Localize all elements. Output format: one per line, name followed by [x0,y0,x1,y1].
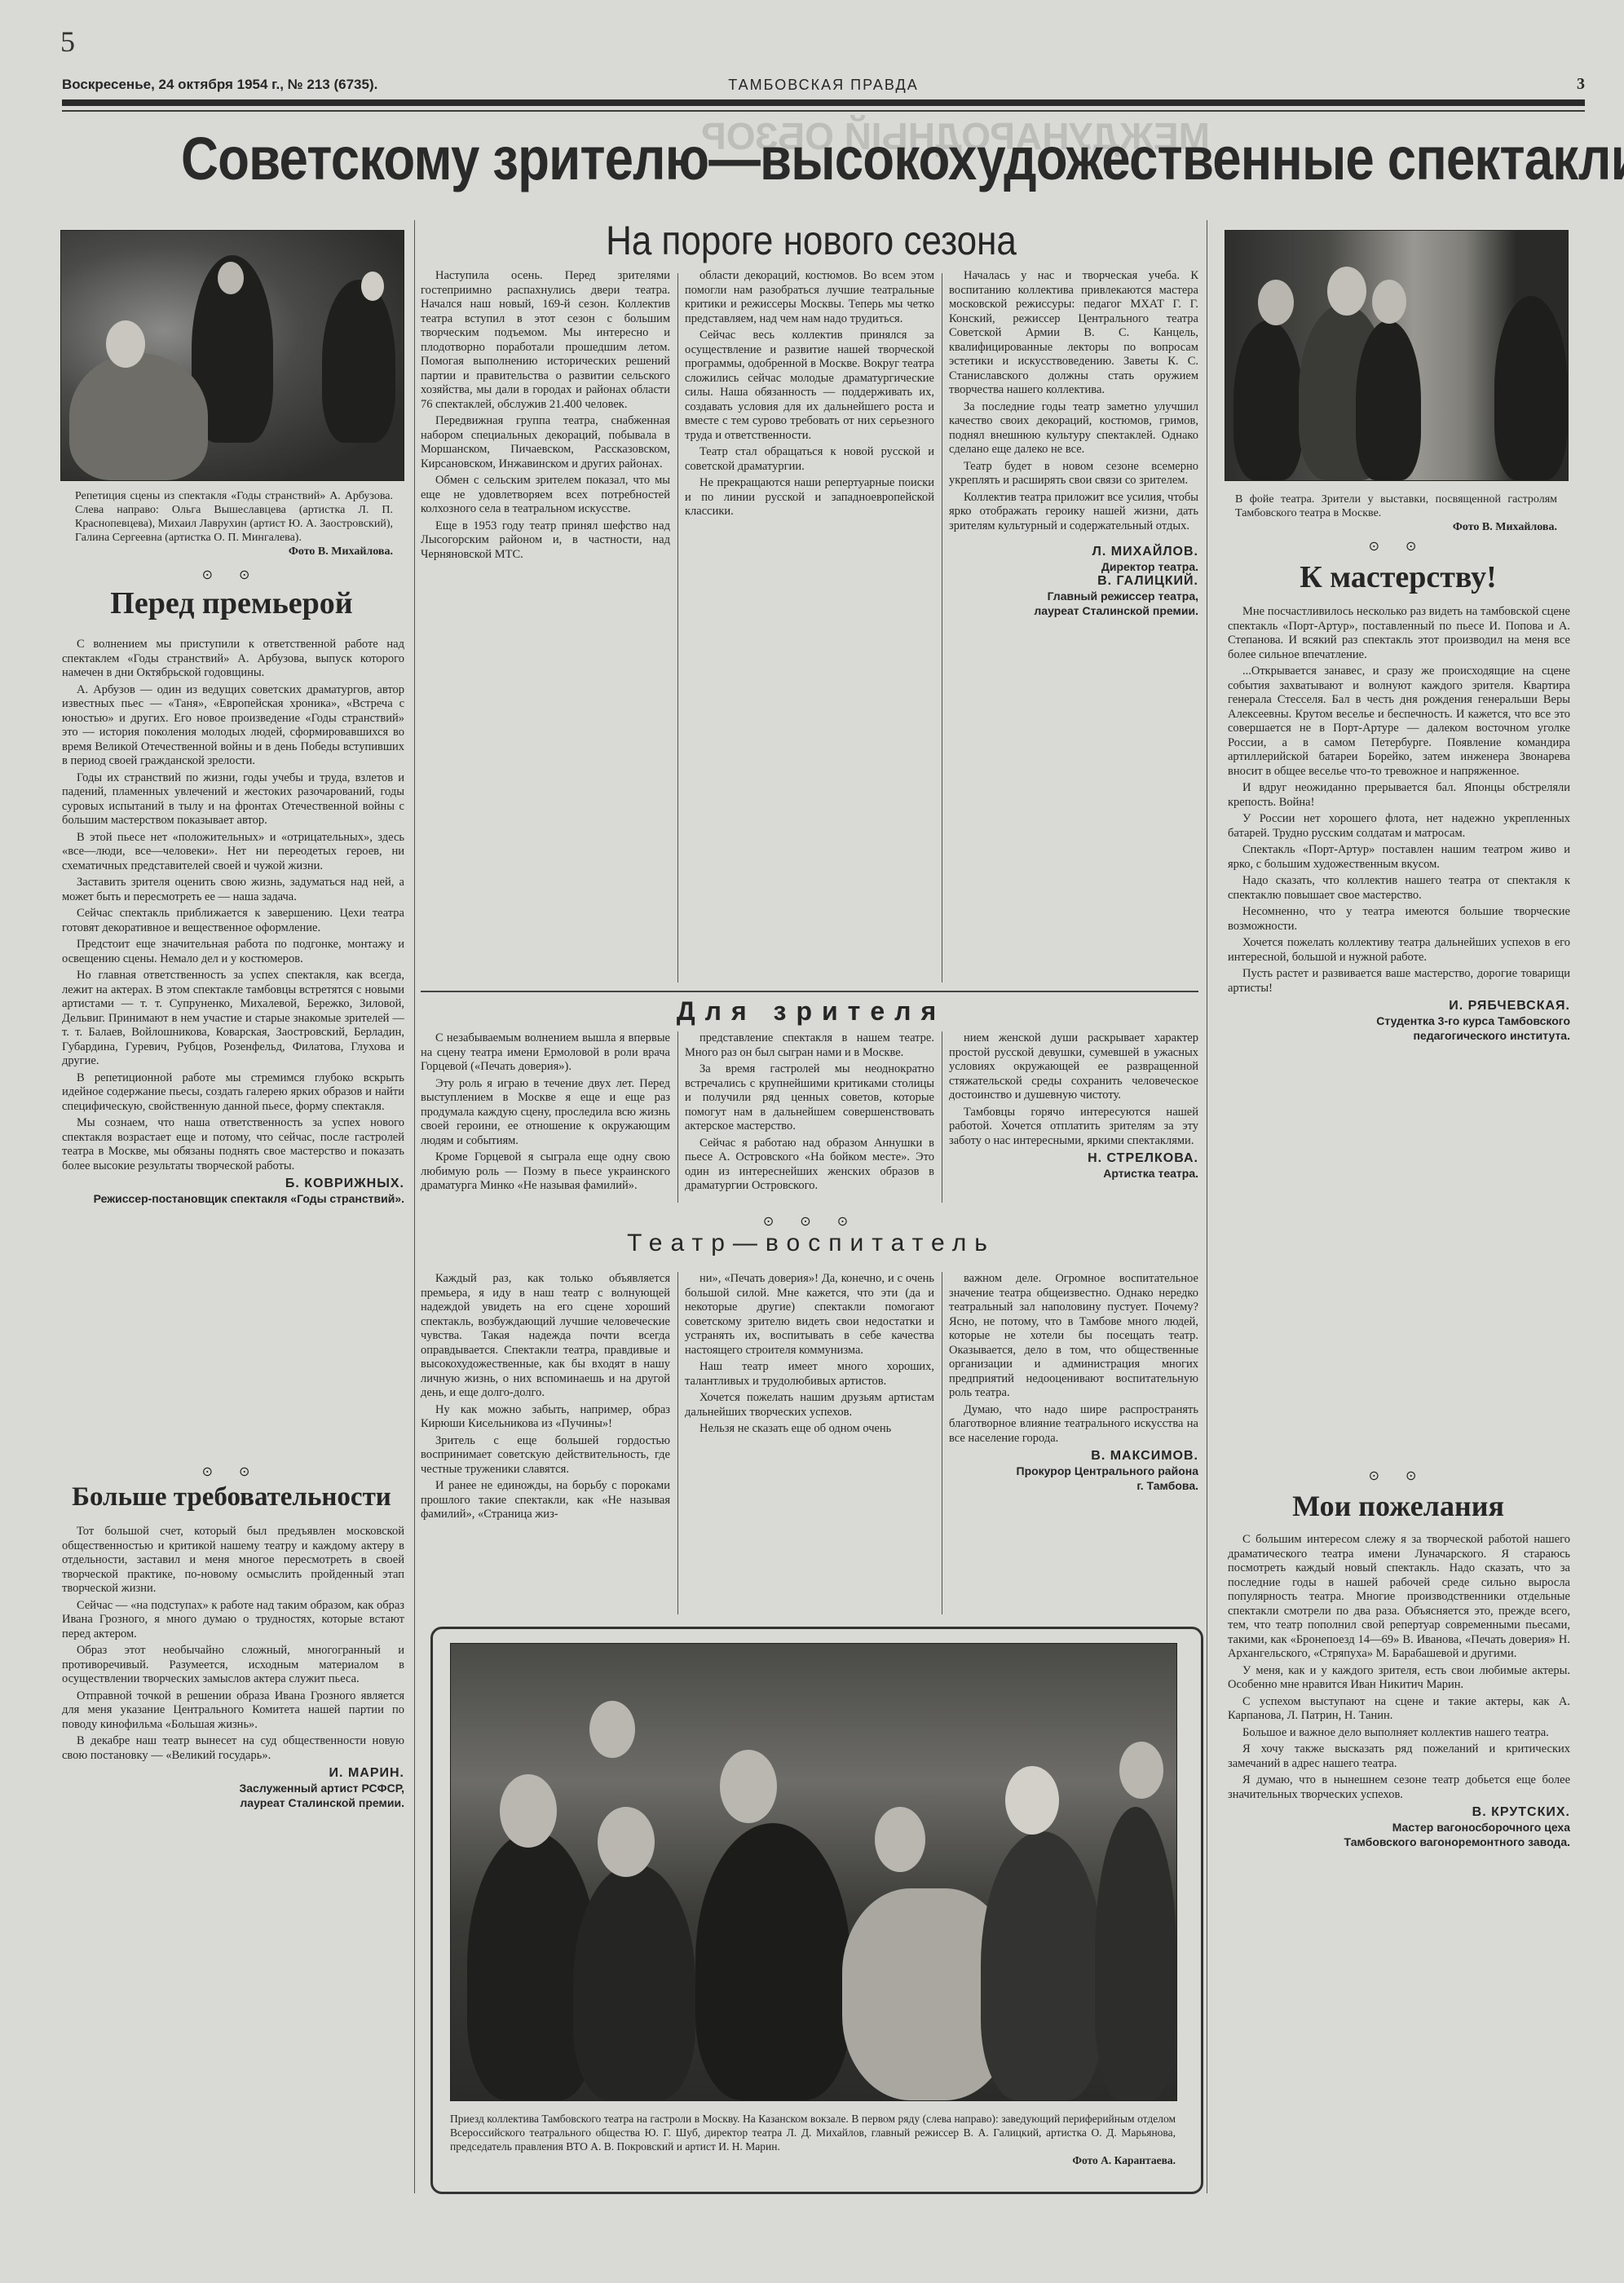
section-rule [421,991,1198,992]
column-divider [677,1272,678,1614]
article-viewer-col-3: нием женской души раскрывает характер пр… [949,1031,1198,1211]
ornament-divider: ⊙ ⊙ [60,1464,403,1480]
ornament-divider: ⊙ ⊙ [60,567,403,583]
article-viewer-col-2: представление спектакля в нашем театре. … [685,1031,934,1203]
article-title-before-premiere: Перед премьерой [60,585,403,621]
masthead-rule-thin [62,110,1585,112]
main-headline: Советскому зрителю—высокохудожественные … [181,124,1443,205]
article-more-demands: Тот большой счет, который был предъявлен… [62,1525,404,2193]
article-my-wishes: С большим интересом слежу я за творческо… [1228,1533,1570,2201]
column-divider [942,1272,942,1614]
column-divider [414,220,415,2193]
station-arrival-caption: Приезд коллектива Тамбовского театра на … [450,2112,1176,2167]
photo-credit: Фото В. Михайлова. [75,545,393,559]
column-divider [942,1031,942,1203]
column-divider [677,273,678,983]
newspaper-name: ТАМБОВСКАЯ ПРАВДА [62,77,1585,94]
article-new-season-col-3: Началась у нас и творческая учеба. К вос… [949,269,1198,987]
article-to-mastery: Мне посчастливилось несколько раз видеть… [1228,605,1570,1445]
photo-credit: Фото В. Михайлова. [1235,520,1557,534]
article-title-to-mastery: К мастерству! [1223,559,1573,595]
article-new-season-col-2: области декораций, костюмов. Во всем это… [685,269,934,987]
page-number-mark: 5 [60,24,75,59]
foyer-exhibition-photo [1225,230,1569,481]
ornament-divider: ⊙ ⊙ ⊙ [416,1213,1207,1230]
rehearsal-photo-caption: Репетиция сцены из спектакля «Годы стран… [75,489,393,559]
article-new-season-col-1: Наступила осень. Перед зрителями гостепр… [421,269,670,987]
article-title-my-wishes: Мои пожелания [1223,1489,1573,1523]
column-divider [677,1031,678,1203]
article-educator-col-3: важном деле. Огромное воспитательное зна… [949,1272,1198,1623]
station-arrival-photo [450,1643,1177,2101]
article-title-theatre-educator: Театр—воспитатель [416,1230,1207,1257]
author-name: Б. КОВРИЖНЫХ. [62,1177,404,1191]
ornament-divider: ⊙ ⊙ [1223,1468,1573,1484]
photo-credit: Фото А. Карантаева. [450,2153,1176,2167]
column-divider [1207,220,1207,2193]
rehearsal-photo [60,230,404,481]
article-before-premiere: С волнением мы приступили к ответственно… [62,638,404,1388]
author-title: Режиссер-постановщик спектакля «Годы стр… [62,1191,404,1206]
article-educator-col-2: ни», «Печать доверия»! Да, конечно, и с … [685,1272,934,1614]
article-educator-col-1: Каждый раз, как только объявляется премь… [421,1272,670,1614]
article-title-more-demands: Больше требовательности [60,1482,403,1512]
article-title-new-season: На пороге нового сезона [463,217,1159,264]
author-name: И. МАРИН. [62,1766,404,1781]
article-title-for-the-viewer: Для зрителя [416,996,1207,1027]
page-number: 3 [1577,75,1585,94]
article-viewer-col-1: С незабываемым волнением вышла я впервые… [421,1031,670,1203]
column-divider [942,273,942,983]
masthead: Воскресенье, 24 октября 1954 г., № 213 (… [62,75,1585,96]
ornament-divider: ⊙ ⊙ [1223,538,1573,554]
masthead-rule [62,99,1585,106]
foyer-photo-caption: В фойе театра. Зрители у выставки, посвя… [1235,492,1557,534]
